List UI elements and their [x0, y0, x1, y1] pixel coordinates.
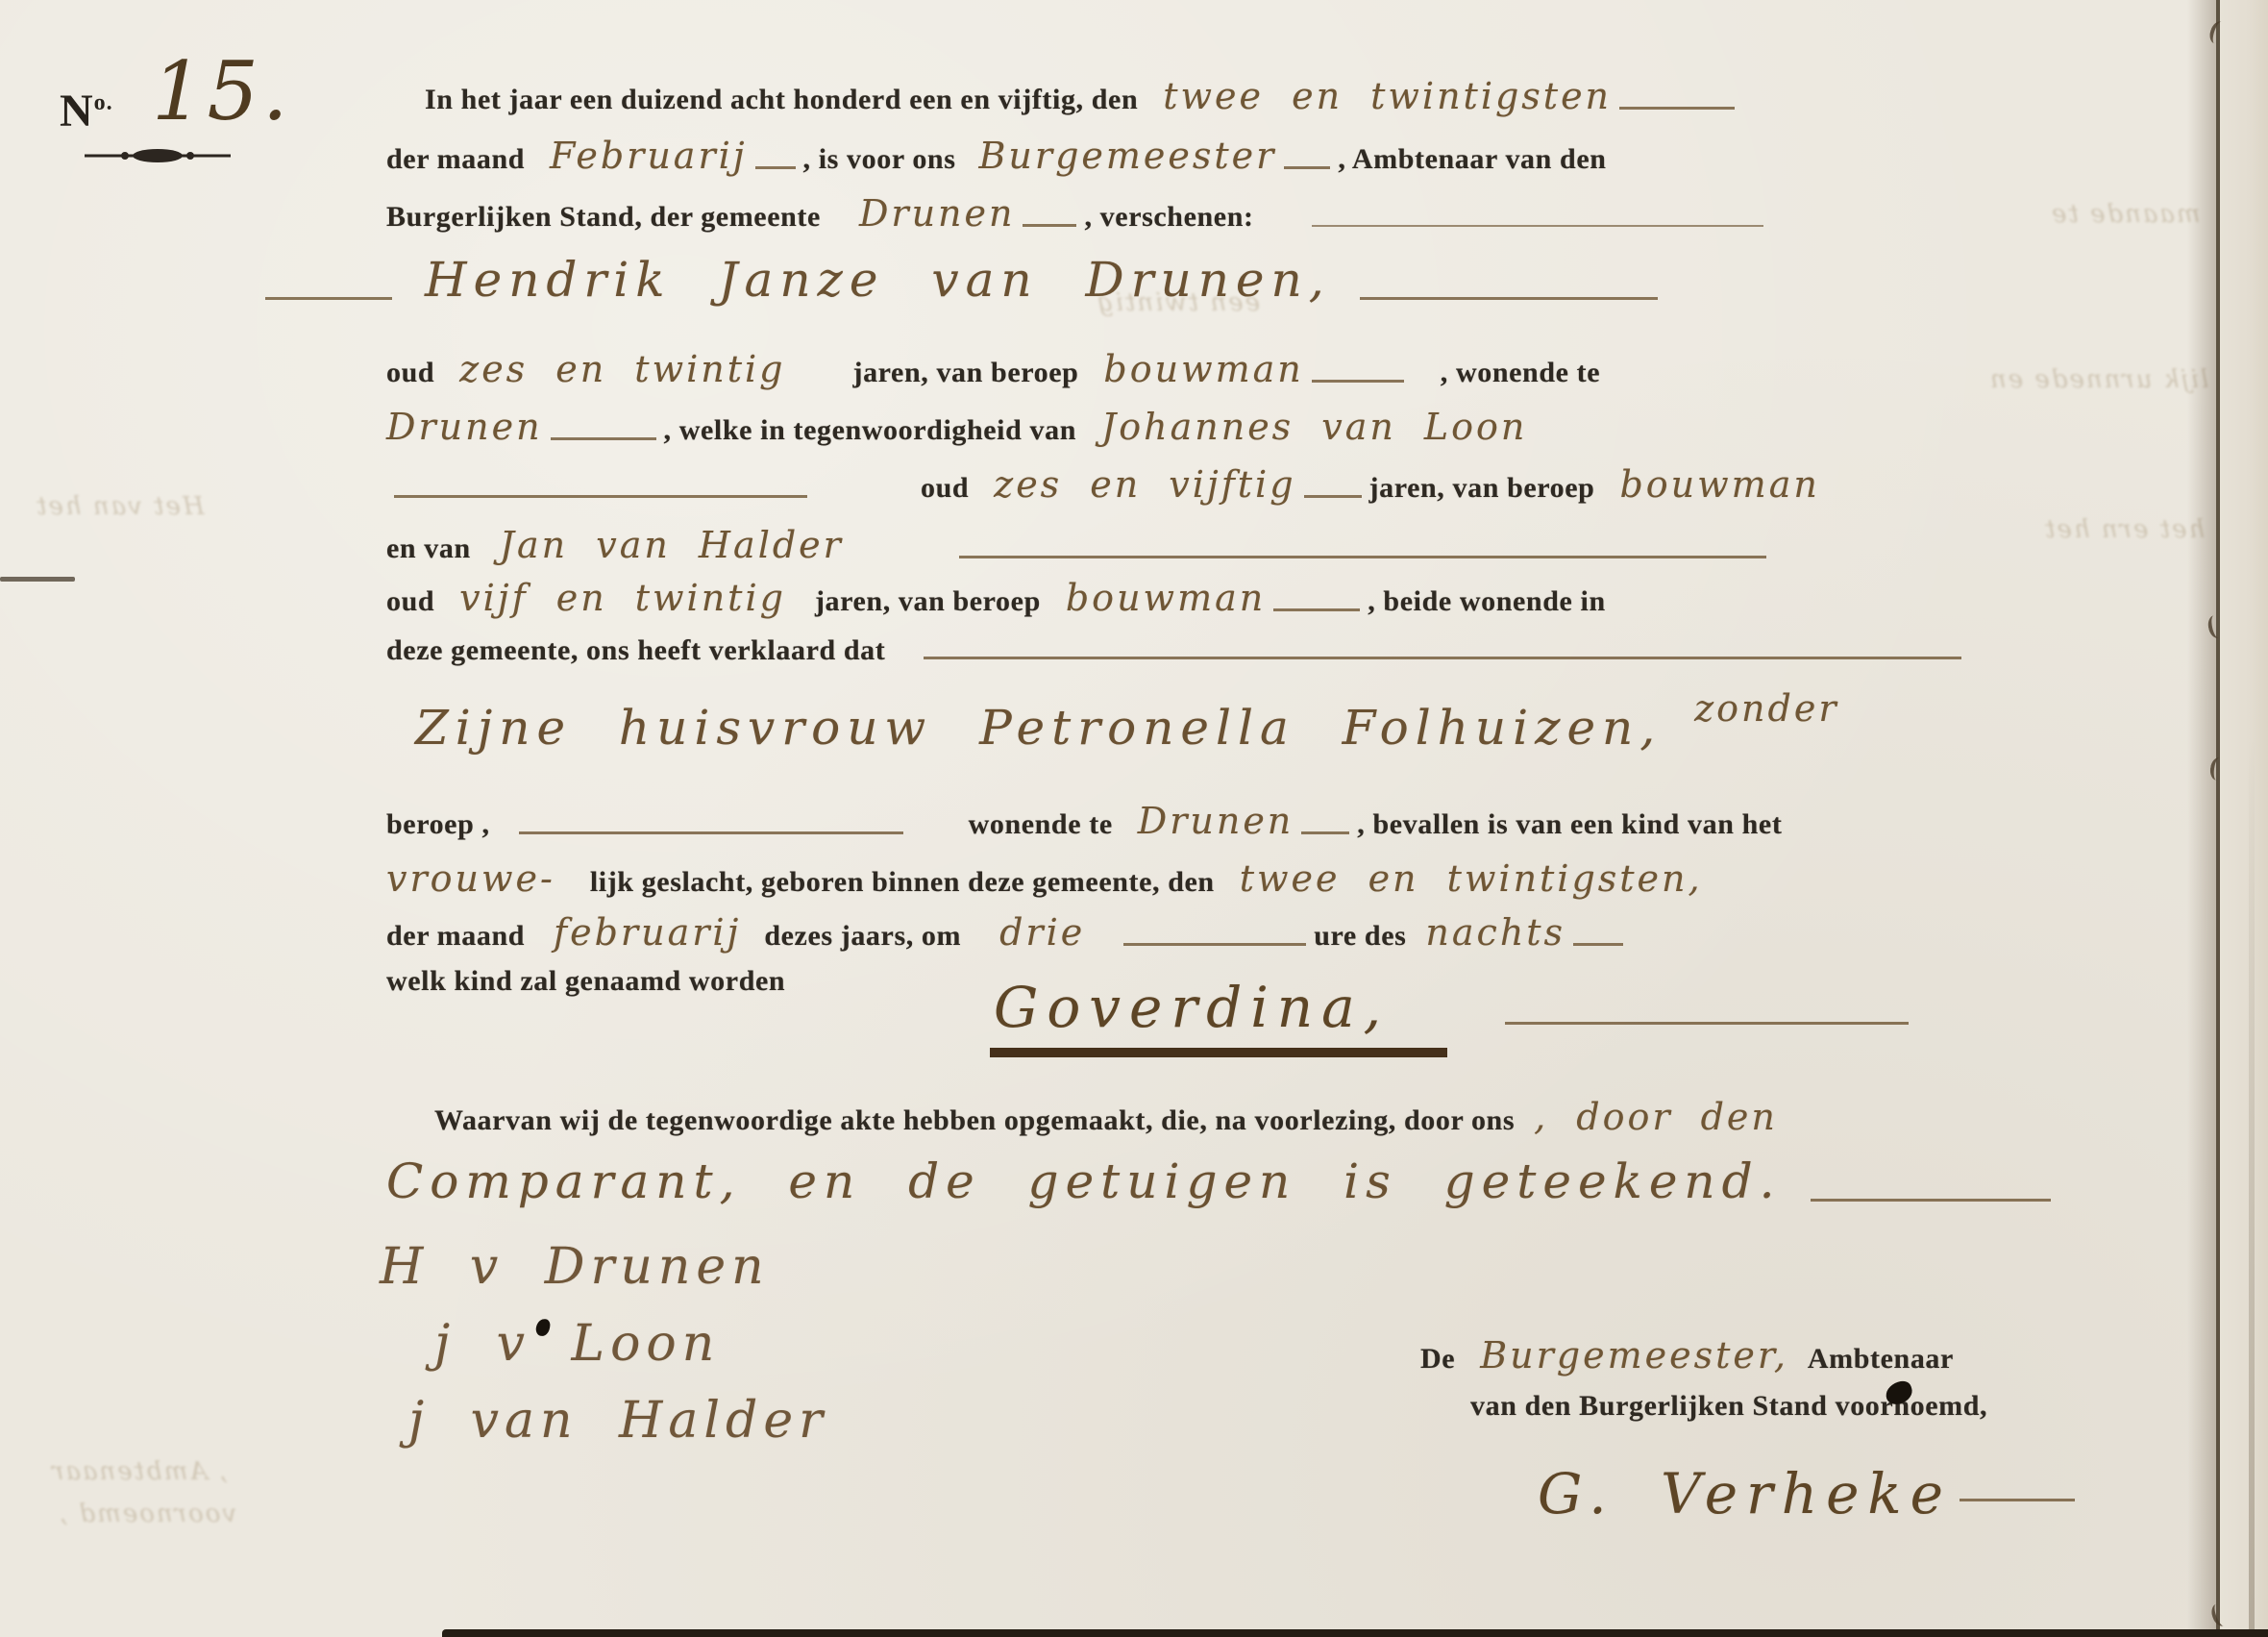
- bleedthrough-text: lijk urnnede en: [1988, 365, 2208, 394]
- printed-text: beroep ,: [386, 808, 490, 841]
- record-line-6: Drunen , welke in tegenwoordigheid van J…: [386, 406, 1527, 448]
- handwritten-declarant-residence: Drunen: [386, 406, 543, 448]
- handwritten-signature: j v Loon: [434, 1315, 720, 1373]
- page-edge-streak: [2249, 736, 2255, 1637]
- handwritten-birth-hour: drie: [999, 911, 1085, 954]
- printed-text: oud: [386, 357, 434, 389]
- handwritten-mother-name: Zijne huisvrouw Petronella Folhuizen,: [415, 700, 1662, 756]
- record-line-17-closing: Waarvan wij de tegenwoordige akte hebben…: [434, 1096, 1778, 1138]
- record-line-9: oud vijf en twintig jaren, van beroep bo…: [386, 577, 1606, 619]
- signature-witness1: j v Loon: [434, 1315, 720, 1373]
- record-line-8: en van Jan van Halder: [386, 524, 1774, 566]
- handwritten-signature: G. Verheke: [1538, 1461, 1952, 1526]
- printed-text: jaren, van beroep: [1369, 472, 1595, 505]
- filler-rule: [1123, 943, 1306, 946]
- bleedthrough-text: een twintig: [1096, 288, 1260, 317]
- act-number-value: 15.: [152, 44, 292, 138]
- handwritten-witness2-age: vijf en twintig: [459, 577, 786, 619]
- record-line-15: welk kind zal genaamd worden: [386, 965, 785, 998]
- handwritten-official-title: Burgemeester,: [1480, 1334, 1788, 1377]
- handwritten-witness2-occupation: bouwman: [1066, 577, 1266, 619]
- printed-text: jaren, van beroep: [852, 357, 1078, 389]
- record-line-10: deze gemeente, ons heeft verklaard dat: [386, 634, 1969, 667]
- handwritten-declarant-occupation: bouwman: [1103, 348, 1303, 390]
- filler-rule: [1304, 495, 1362, 498]
- handwritten-text: zonder: [1694, 687, 1838, 730]
- record-line-14: der maand februarij dezes jaars, om drie…: [386, 911, 1631, 954]
- signature-officiant: G. Verheke: [1538, 1461, 2083, 1526]
- record-line-1: In het jaar een duizend acht honderd een…: [425, 75, 1742, 117]
- filler-rule: [1312, 225, 1763, 227]
- handwritten-birth-day: twee en twintigsten,: [1240, 857, 1703, 900]
- printed-text: jaren, van beroep: [815, 585, 1041, 618]
- printed-text: , wonende te: [1441, 357, 1600, 389]
- signature-declarant: H v Drunen: [380, 1238, 770, 1296]
- record-line-11-mother: Zijne huisvrouw Petronella Folhuizen, zo…: [415, 700, 1839, 756]
- handwritten-text: Comparant, en de getuigen is geteekend.: [386, 1153, 1782, 1209]
- filler-rule: [924, 657, 1961, 659]
- printed-text: In het jaar een duizend acht honderd een…: [425, 84, 1138, 116]
- handwritten-official-title: Burgemeester: [979, 135, 1277, 177]
- filler-rule: [265, 297, 392, 300]
- handwritten-day: twee en twintigsten: [1163, 75, 1612, 117]
- printed-text: oud: [386, 585, 434, 618]
- handwritten-gender: vrouwe-: [386, 857, 555, 900]
- printed-text: ure des: [1314, 920, 1406, 953]
- filler-rule: [1811, 1199, 2051, 1202]
- record-line-4-declarant-name: Hendrik Janze van Drunen,: [258, 252, 1665, 308]
- record-line-18-closing: Comparant, en de getuigen is geteekend.: [386, 1153, 2058, 1209]
- handwritten-time-of-day: nachts: [1425, 911, 1565, 954]
- printed-text: Waarvan wij de tegenwoordige akte hebben…: [434, 1104, 1515, 1137]
- page-bottom-edge: [442, 1629, 2268, 1637]
- act-number-label-n: N: [60, 86, 94, 136]
- printed-text: en van: [386, 533, 471, 565]
- record-line-7: oud zes en vijftig jaren, van beroep bou…: [386, 463, 1820, 506]
- filler-rule: [1619, 107, 1735, 110]
- act-number-label-sup: o.: [94, 90, 113, 115]
- filler-rule: [1284, 166, 1330, 169]
- printed-text: welk kind zal genaamd worden: [386, 965, 785, 998]
- handwritten-municipality: Drunen: [859, 192, 1016, 235]
- printed-text: , Ambtenaar van den: [1338, 143, 1606, 176]
- handwritten-signature: H v Drunen: [380, 1238, 770, 1296]
- filler-rule: [551, 437, 656, 440]
- printed-text: De: [1420, 1343, 1455, 1376]
- printed-text: , welke in tegenwoordigheid van: [664, 414, 1076, 447]
- handwritten-witness1-age: zes en vijftig: [994, 463, 1295, 506]
- filler-rule: [1360, 297, 1658, 300]
- printed-text: der maand: [386, 920, 525, 953]
- adjacent-page-edge: [2220, 0, 2268, 1637]
- birth-record-page: No. 15. In het jaar een duizend acht hon…: [0, 0, 2268, 1637]
- filler-rule: [959, 556, 1766, 558]
- printed-text: oud: [921, 472, 969, 505]
- filler-rule: [1573, 943, 1623, 946]
- handwritten-witness1-name: Johannes van Loon: [1101, 406, 1527, 448]
- bleedthrough-text: maande te: [2050, 200, 2201, 229]
- record-line-2: der maand Februarij , is voor ons Burgem…: [386, 135, 1607, 177]
- handwritten-witness2-name: Jan van Halder: [500, 524, 844, 566]
- filler-rule: [1273, 608, 1360, 611]
- record-line-5: oud zes en twintig jaren, van beroep bou…: [386, 348, 1600, 390]
- handwritten-text: , door den: [1534, 1096, 1778, 1138]
- printed-text: , beide wonende in: [1368, 585, 1606, 618]
- bleedthrough-text: het ern het: [2043, 515, 2205, 544]
- printed-text: lijk geslacht, geboren binnen deze gemee…: [590, 866, 1215, 899]
- act-number-label: No.: [60, 85, 113, 137]
- filler-rule: [1312, 380, 1404, 383]
- filler-rule: [1023, 224, 1076, 227]
- officiant-title-line: De Burgemeester, Ambtenaar: [1420, 1334, 1954, 1377]
- record-line-3: Burgerlijken Stand, der gemeente Drunen …: [386, 192, 1771, 235]
- handwritten-witness1-occupation: bouwman: [1619, 463, 1819, 506]
- bleedthrough-text: voornoemd ,: [58, 1500, 236, 1528]
- printed-text: , verschenen:: [1084, 201, 1253, 234]
- printed-text: Burgerlijken Stand, der gemeente: [386, 201, 821, 234]
- printed-text: wonende te: [969, 808, 1113, 841]
- divider-ornament-icon: [83, 142, 233, 169]
- printed-text: , bevallen is van een kind van het: [1357, 808, 1782, 841]
- record-line-13: vrouwe- lijk geslacht, geboren binnen de…: [386, 857, 1703, 900]
- printed-text: Ambtenaar: [1808, 1343, 1954, 1376]
- filler-rule: [755, 166, 796, 169]
- handwritten-birth-month: februarij: [554, 911, 741, 954]
- handwritten-signature: j van Halder: [408, 1392, 828, 1450]
- filler-rule: [1301, 831, 1349, 834]
- filler-rule: [1960, 1499, 2075, 1501]
- printed-text: der maand: [386, 143, 525, 176]
- printed-text: , is voor ons: [803, 143, 956, 176]
- record-line-16-child-name: Goverdina,: [990, 975, 1916, 1057]
- margin-dash-mark: [0, 577, 75, 582]
- signature-witness2: j van Halder: [408, 1392, 828, 1450]
- bleedthrough-text: , Ambtenaar: [50, 1457, 228, 1486]
- handwritten-month: Februarij: [550, 135, 748, 177]
- filler-rule: [1505, 1022, 1909, 1025]
- handwritten-child-name: Goverdina,: [990, 975, 1447, 1057]
- filler-rule: [394, 495, 807, 498]
- page-edge-shadow: [2187, 0, 2216, 1637]
- printed-text: dezes jaars, om: [764, 920, 961, 953]
- printed-text: deze gemeente, ons heeft verklaard dat: [386, 634, 885, 667]
- handwritten-birth-place: Drunen: [1138, 800, 1294, 842]
- handwritten-declarant-age: zes en twintig: [459, 348, 785, 390]
- bleedthrough-text: Het van het: [35, 492, 205, 521]
- record-line-12: beroep , wonende te Drunen , bevallen is…: [386, 800, 1782, 842]
- filler-rule: [519, 831, 903, 834]
